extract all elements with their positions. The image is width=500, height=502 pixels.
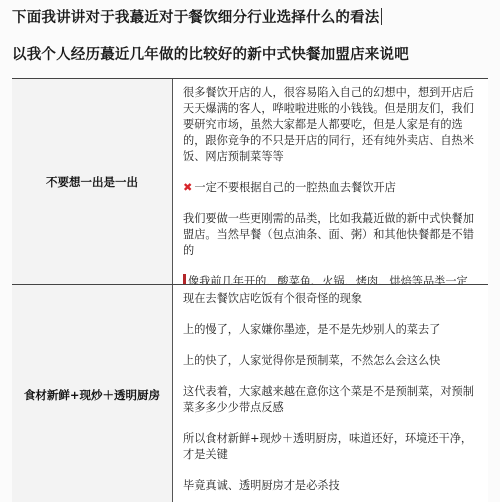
row-content: 很多餐饮开店的人，很容易陷入自己的幻想中，想到开店后天天爆满的客人，哗啦啦进账的…	[173, 79, 488, 284]
paragraph: ✖一定不要根据自己的一腔热血去餐饮开店	[183, 180, 478, 196]
cross-mark-icon: ✖	[183, 181, 192, 194]
paragraph: 很多餐饮开店的人，很容易陷入自己的幻想中，想到开店后天天爆满的客人，哗啦啦进账的…	[183, 85, 478, 165]
table-row: 食材新鲜+现炒＋透明厨房 现在去餐饮店吃饭有个很奇怪的现象 上的慢了，人家嫌你墨…	[12, 284, 488, 502]
paragraph: 我们要做一些更刚需的品类，比如我蕞近做的新中式快餐加盟店。当然早餐（包点油条、面…	[183, 211, 478, 259]
text-cursor	[381, 8, 382, 25]
paragraph-text: 一定不要根据自己的一腔热血去餐饮开店	[194, 181, 395, 194]
paragraph: 这代表着，大家越来越在意你这个菜是不是预制菜，对预制菜多多少少带点反感	[183, 384, 478, 416]
heading-line-2: 以我个人经历蕞近几年做的比较好的新中式快餐加盟店来说吧	[12, 43, 409, 64]
row-label: 不要想一出是一出	[12, 79, 173, 284]
row-content: 现在去餐饮店吃饭有个很奇怪的现象 上的慢了，人家嫌你墨迹，是不是先炒别人的菜去了…	[173, 285, 488, 502]
paragraph: 毕竟真诚、透明厨房才是必杀技	[183, 478, 478, 494]
paragraph: 现在去餐饮店吃饭有个很奇怪的现象	[183, 291, 478, 307]
heading-line-1-text: 下面我讲讲对于我蕞近对于餐饮细分行业选择什么的看法	[12, 10, 380, 26]
paragraph: 上的慢了，人家嫌你墨迹，是不是先炒别人的菜去了	[183, 322, 478, 338]
paragraph: 上的快了，人家觉得你是预制菜，不然怎么会这么快	[183, 353, 478, 369]
paragraph: 所以食材新鲜+现炒＋透明厨房，味道还好，环境还干净，才是关键	[183, 431, 478, 463]
comparison-table: 不要想一出是一出 很多餐饮开店的人，很容易陷入自己的幻想中，想到开店后天天爆满的…	[12, 78, 488, 502]
heading-line-1: 下面我讲讲对于我蕞近对于餐饮细分行业选择什么的看法	[12, 6, 382, 27]
table-row: 不要想一出是一出 很多餐饮开店的人，很容易陷入自己的幻想中，想到开店后天天爆满的…	[12, 79, 488, 284]
row-label: 食材新鲜+现炒＋透明厨房	[12, 285, 173, 502]
